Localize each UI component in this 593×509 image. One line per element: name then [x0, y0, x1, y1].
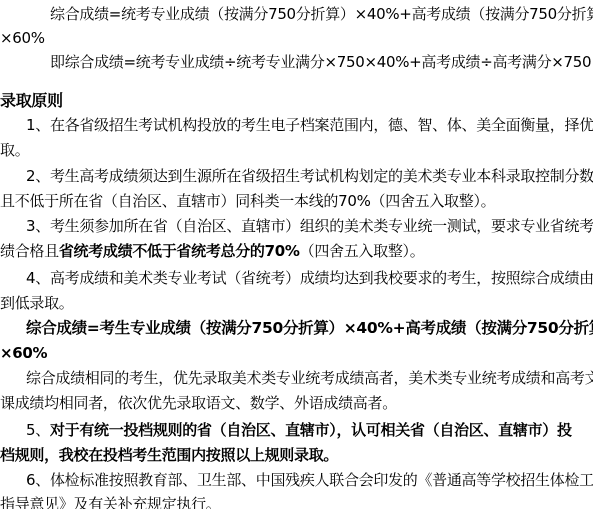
rule-1-line-1: 1、在各省级招生考试机构投放的考生电子档案范围内，德、智、体、美全面衡量，择优录: [0, 115, 593, 135]
rule-4-line-2: 到低录取。: [0, 293, 593, 313]
rule-5-line-2: 档规则，我校在投档考生范围内按照以上规则录取。: [0, 445, 593, 465]
rule-3-bold-requirement: 省统考成绩不低于省统考总分的70%: [59, 242, 300, 260]
rule-3-line-1: 3、考生须参加所在省（自治区、直辖市）组织的美术类专业统一测试，要求专业省统考成: [0, 216, 593, 236]
rule-2-line-2: 且不低于所在省（自治区、直辖市）同科类一本线的70%（四舍五入取整）。: [0, 191, 593, 211]
bold-formula-line-2: ×60%: [0, 343, 593, 363]
rule-2-line-1: 2、考生高考成绩须达到生源所在省级招生考试机构划定的美术类专业本科录取控制分数线: [0, 166, 593, 186]
rule-3-line-2: 绩合格且省统考成绩不低于省统考总分的70%（四舍五入取整）。: [0, 241, 593, 261]
rule-5-line-1: 5、对于有统一投档规则的省（自治区、直辖市），认可相关省（自治区、直辖市）投: [0, 420, 593, 440]
rule-4-line-1: 4、高考成绩和美术类专业考试（省统考）成绩均达到我校要求的考生，按照综合成绩由高: [0, 268, 593, 288]
rule-3-prefix: 绩合格且: [0, 242, 59, 260]
tie-rule-line-2: 课成绩均相同者，依次优先录取语文、数学、外语成绩高者。: [0, 393, 593, 413]
bold-formula-line-1: 综合成绩=考生专业成绩（按满分750分折算）×40%+高考成绩（按满分750分折…: [0, 318, 593, 338]
tie-rule-line-1: 综合成绩相同的考生，优先录取美术类专业统考成绩高者，美术类专业统考成绩和高考文化: [0, 368, 593, 388]
rule-6-line-2: 指导意见》及有关补充规定执行。: [0, 494, 593, 509]
formula-line-2: ×60%: [0, 28, 593, 48]
rule-5-number: 5、: [26, 421, 50, 439]
formula-line-3: 即综合成绩=统考专业成绩÷统考专业满分×750×40%+高考成绩÷高考满分×75…: [0, 52, 593, 72]
rule-5-text: 对于有统一投档规则的省（自治区、直辖市），认可相关省（自治区、直辖市）投: [50, 421, 572, 439]
formula-line-1: 综合成绩=统考专业成绩（按满分750分折算）×40%+高考成绩（按满分750分折…: [0, 4, 593, 24]
section-heading: 录取原则: [0, 91, 593, 111]
rule-3-suffix: （四舍五入取整）。: [300, 242, 425, 260]
rule-6-line-1: 6、体检标准按照教育部、卫生部、中国残疾人联合会印发的《普通高等学校招生体检工作: [0, 470, 593, 490]
rule-1-line-2: 取。: [0, 140, 593, 160]
